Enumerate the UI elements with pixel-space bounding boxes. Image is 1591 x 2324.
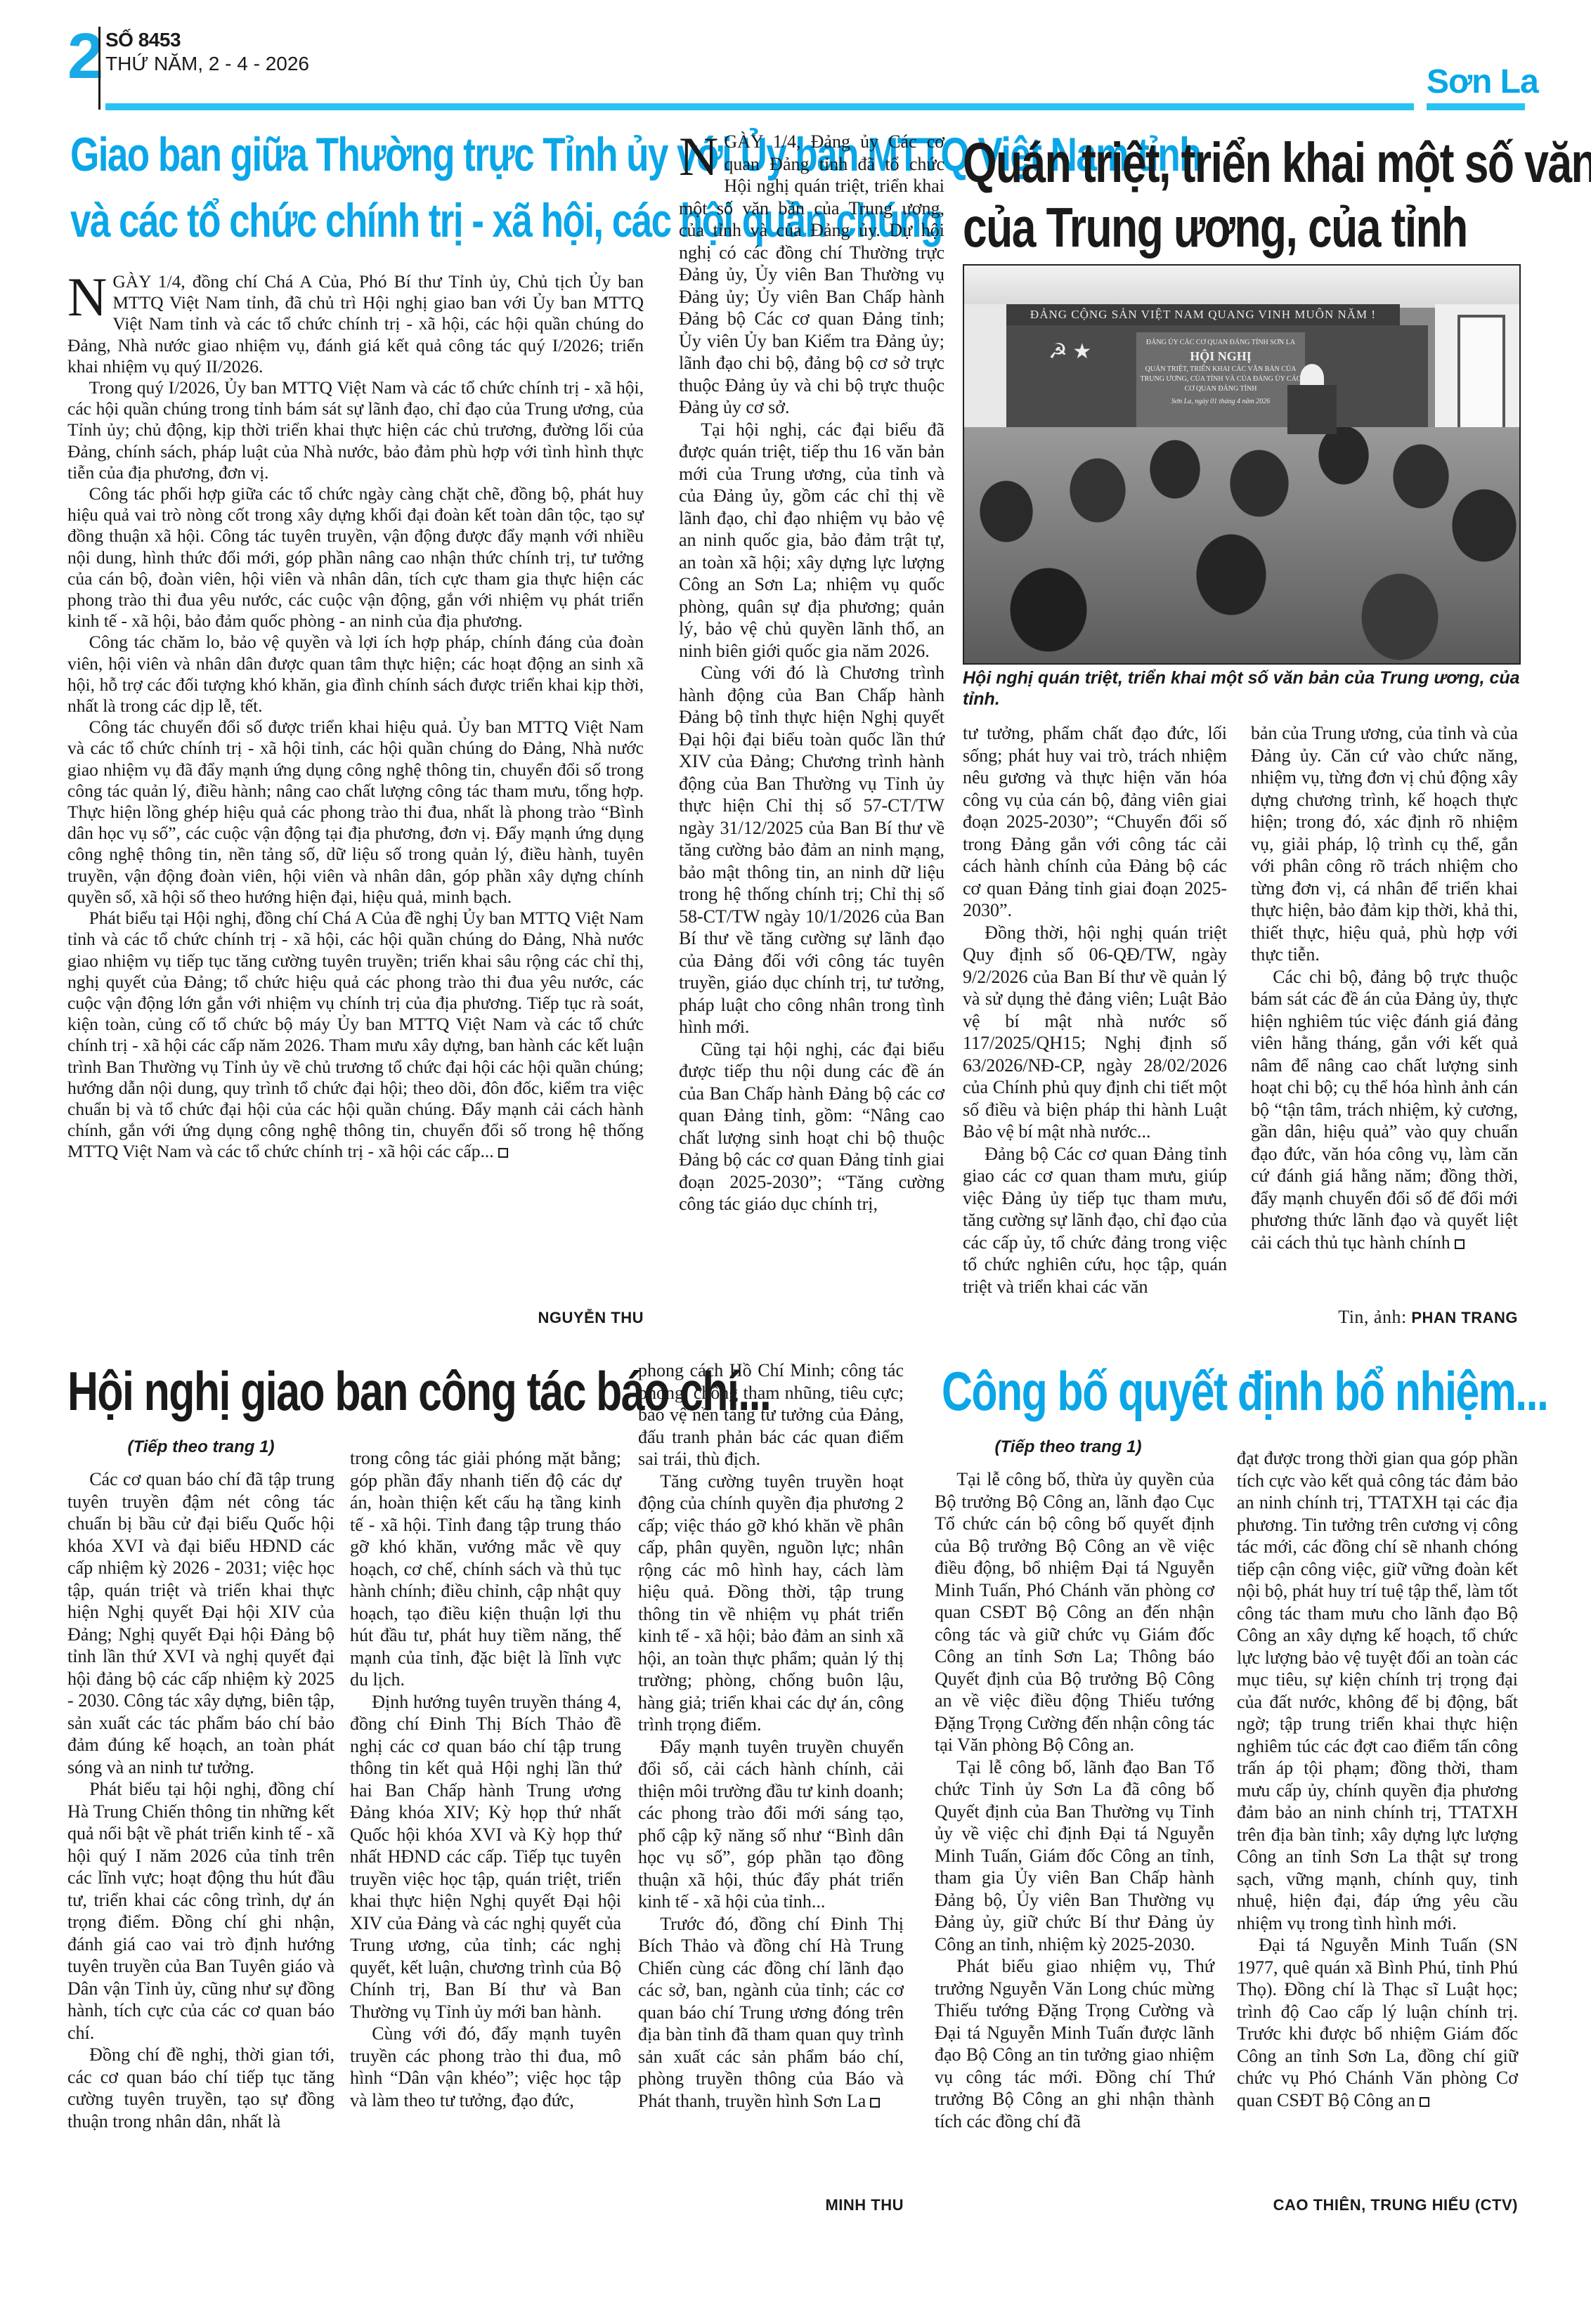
paragraph: Cùng với đó là Chương trình hành động củ… [679,662,944,1038]
paragraph: Tại lễ công bố, lãnh đạo Ban Tổ chức Tỉn… [935,1756,1214,1956]
photo-banner: ĐẢNG CỘNG SẢN VIỆT NAM QUANG VINH MUÔN N… [1006,304,1400,325]
article2-headline-line1: Quán triệt, triển khai một số văn bản [963,131,1591,195]
article3-col2: trong công tác giải phóng mặt bằng; góp … [350,1447,621,2111]
paragraph: Đồng chí đề nghị, thời gian tới, các cơ … [67,2044,335,2132]
article3-col3: phong cách Hồ Chí Minh; công tác phòng, … [638,1359,904,2112]
article1-body: NGÀY 1/4, đồng chí Chá A Của, Phó Bí thư… [67,271,644,1163]
paragraph: Phát biểu giao nhiệm vụ, Thứ trưởng Nguy… [935,1955,1214,2132]
screen-subtitle: QUÁN TRIỆT, TRIỂN KHAI CÁC VĂN BẢN CỦA T… [1136,365,1305,394]
article1-byline: NGUYỄN THU [422,1309,644,1327]
article4-col2: đạt được trong thời gian qua góp phần tí… [1237,1447,1518,2111]
byline-name: PHAN TRANG [1411,1309,1518,1326]
section-rule [1427,103,1525,110]
paragraph: Tại hội nghị, các đại biểu đã được quán … [679,419,944,662]
hammer-sickle-star-icon: ☭ ★ [1048,339,1091,364]
issue-number: SỐ 8453 [105,30,181,51]
article3-continued: (Tiếp theo trang 1) [67,1437,335,1457]
paragraph: bản của Trung ương, của tỉnh và của Đảng… [1251,722,1518,966]
paragraph: Đại tá Nguyễn Minh Tuấn (SN 1977, quê qu… [1237,1934,1518,2111]
paragraph: Công tác chuyển đổi số được triển khai h… [67,717,644,908]
paragraph: Đẩy mạnh tuyên truyền chuyển đổi số, cải… [638,1736,904,1913]
photo-window [1457,315,1505,433]
photo-screen: ĐẢNG ỦY CÁC CƠ QUAN ĐẢNG TỈNH SƠN LA HỘI… [1136,332,1305,431]
article4-continued: (Tiếp theo trang 1) [928,1437,1209,1457]
article4-col1: Tại lễ công bố, thừa ủy quyền của Bộ trư… [935,1468,1214,2132]
article4-byline: CAO THIÊN, TRUNG HIẾU (CTV) [1237,2196,1518,2214]
article2-byline: Tin, ảnh: PHAN TRANG [1251,1307,1518,1328]
screen-org: ĐẢNG ỦY CÁC CƠ QUAN ĐẢNG TỈNH SƠN LA [1136,338,1305,348]
screen-title: HỘI NGHỊ [1136,348,1305,365]
paragraph: Phát biểu tại Hội nghị, đồng chí Chá A C… [67,908,644,1162]
article2-col1: NGÀY 1/4, Đảng ủy Các cơ quan Đảng tỉnh … [679,131,944,1215]
end-mark-icon [1455,1239,1465,1249]
end-mark-icon [870,2098,880,2108]
paragraph: Đồng thời, hội nghị quán triệt Quy định … [963,922,1227,1143]
photo-audience [964,427,1519,665]
article3-col1: Các cơ quan báo chí đã tập trung tuyên t… [67,1468,335,2132]
paragraph: Công tác chăm lo, bảo vệ quyền và lợi íc… [67,632,644,717]
paragraph: Các cơ quan báo chí đã tập trung tuyên t… [67,1468,335,1778]
screen-date: Sơn La, ngày 01 tháng 4 năm 2026 [1136,397,1305,407]
paragraph: trong công tác giải phóng mặt bằng; góp … [350,1447,621,1691]
paragraph: Tại lễ công bố, thừa ủy quyền của Bộ trư… [935,1468,1214,1756]
paragraph: GÀY 1/4, đồng chí Chá A Của, Phó Bí thư … [67,271,644,377]
paragraph: GÀY 1/4, Đảng ủy Các cơ quan Đảng tỉnh đ… [679,131,944,417]
paragraph: Định hướng tuyên truyền tháng 4, đồng ch… [350,1691,621,2023]
photo-ceiling [964,266,1519,308]
conference-photo: ĐẢNG CỘNG SẢN VIỆT NAM QUANG VINH MUÔN N… [963,264,1521,665]
drop-cap: N [67,274,107,320]
byline-prefix: Tin, ảnh: [1338,1307,1406,1327]
article2-headline-line2: của Trung ương, của tỉnh [963,195,1467,260]
masthead-divider [98,27,100,110]
paragraph: Phát biểu tại hội nghị, đồng chí Hà Trun… [67,1778,335,2044]
section-title: Sơn La [1427,65,1538,100]
drop-cap: N [679,133,718,180]
paragraph: Trước đó, đồng chí Đinh Thị Bích Thảo và… [638,1913,904,2113]
masthead-rule [105,103,1414,110]
issue-date: THỨ NĂM, 2 - 4 - 2026 [105,53,309,74]
photo-podium [1287,385,1337,434]
paragraph: Cũng tại hội nghị, các đại biểu được tiế… [679,1038,944,1215]
article4-headline: Công bố quyết định bổ nhiệm... [942,1359,1547,1423]
paragraph: tư tưởng, phẩm chất đạo đức, lối sống; p… [963,722,1227,922]
photo-caption: Hội nghị quán triệt, triển khai một số v… [963,667,1525,710]
paragraph: đạt được trong thời gian qua góp phần tí… [1237,1447,1518,1934]
photo-wall-left [964,304,1006,445]
paragraph: Tăng cường tuyên truyền hoạt động của ch… [638,1470,904,1736]
paragraph: Các chi bộ, đảng bộ trực thuộc bám sát c… [1251,966,1518,1254]
paragraph: Công tác phối hợp giữa các tổ chức ngày … [67,483,644,632]
end-mark-icon [1420,2097,1429,2107]
paragraph: Đảng bộ Các cơ quan Đảng tỉnh giao các c… [963,1143,1227,1298]
paragraph: phong cách Hồ Chí Minh; công tác phòng, … [638,1359,904,1470]
article3-byline: MINH THU [638,2196,904,2214]
article2-col2: tư tưởng, phẩm chất đạo đức, lối sống; p… [963,722,1227,1298]
end-mark-icon [498,1148,508,1158]
article2-col3: bản của Trung ương, của tỉnh và của Đảng… [1251,722,1518,1253]
paragraph: Cùng với đó, đẩy mạnh tuyên truyền các p… [350,2023,621,2111]
paragraph: Trong quý I/2026, Ủy ban MTTQ Việt Nam v… [67,377,644,483]
